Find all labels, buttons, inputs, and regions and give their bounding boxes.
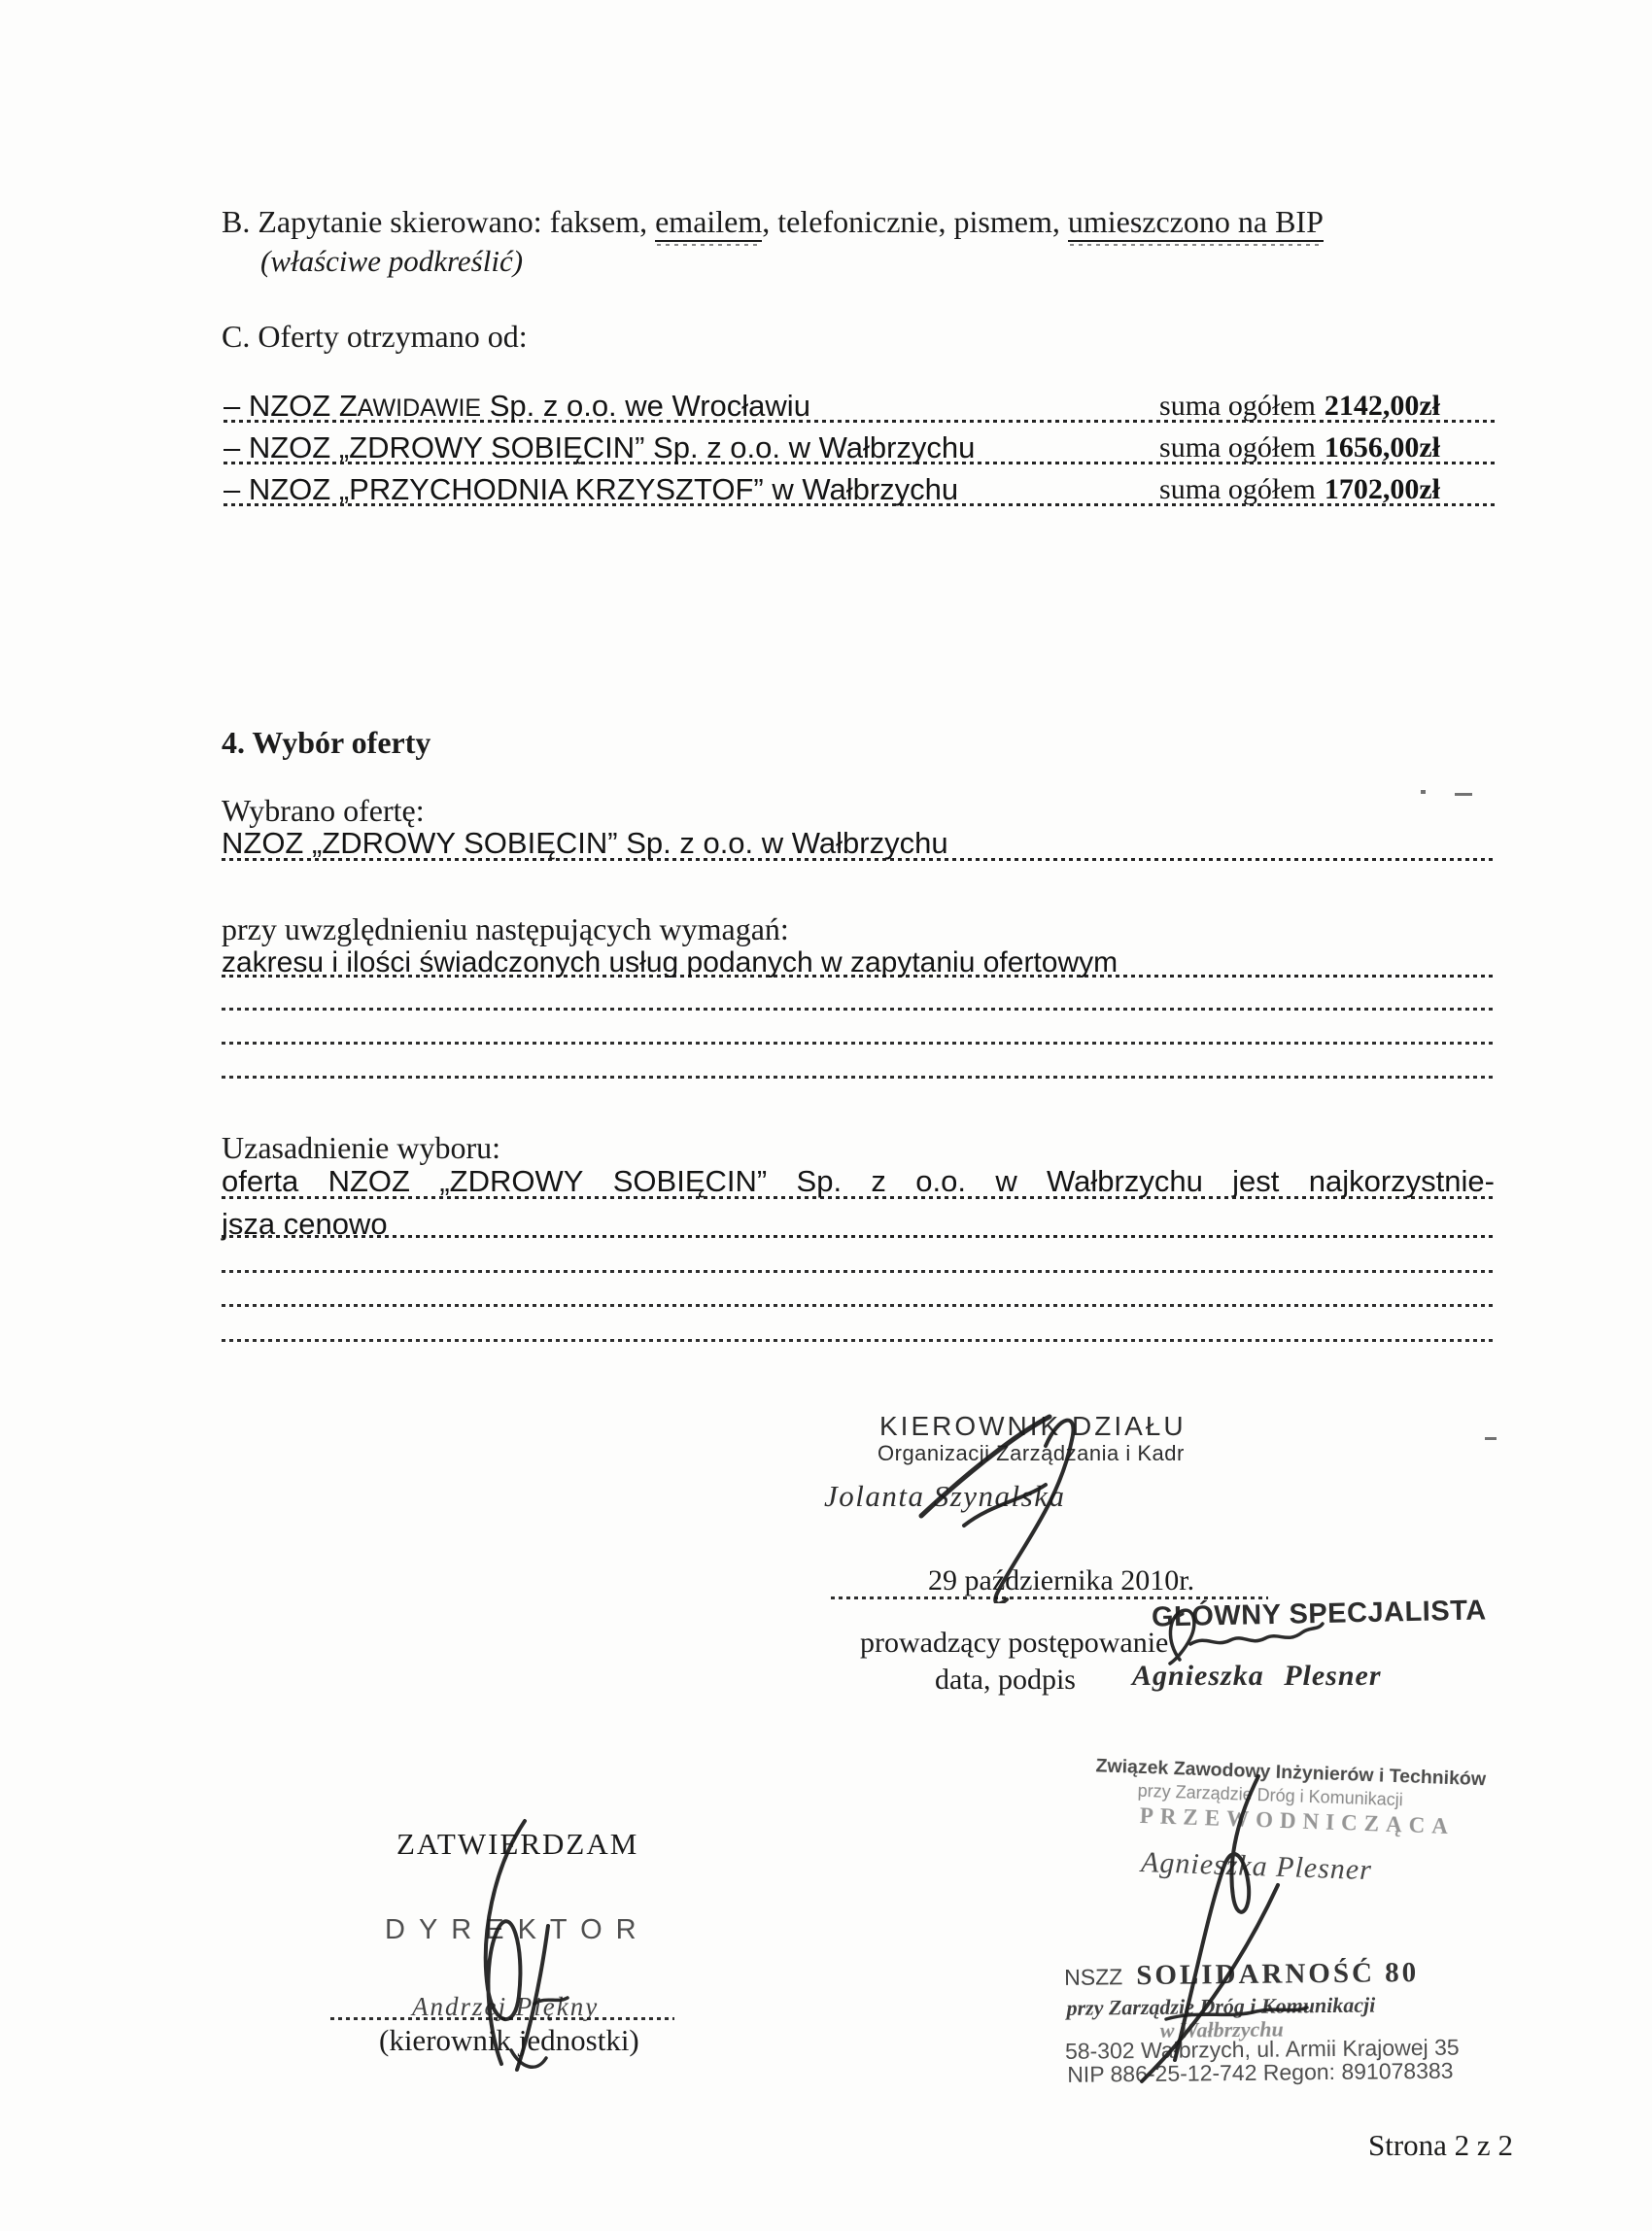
offer-amount: 1702,00zł [1325, 473, 1440, 505]
requirements-label: przy uwzględnieniu następujących wymagań… [222, 911, 789, 947]
approval-dotted-line [330, 2017, 674, 2020]
justification-label: Uzasadnienie wyboru: [222, 1130, 500, 1166]
scan-speck [1485, 1437, 1497, 1440]
chosen-offer-label: Wybrano ofertę: [222, 793, 425, 829]
underlined-bip: umieszczono na BIP [1068, 204, 1324, 242]
scanned-document-page: B. Zapytanie skierowano: faksem, emailem… [0, 0, 1652, 2231]
offer-name: – NZOZ „PRZYCHODNIA KRZYSZTOF” w Wałbrzy… [224, 472, 958, 507]
dotted-line [224, 462, 1495, 464]
requirements-row: zakresu i ilości świadczonych usług poda… [222, 946, 1495, 978]
offer-sum-label: suma ogółem [1159, 431, 1316, 463]
unit-head-caption: (kierownik jednostki) [379, 2023, 639, 2058]
empty-dotted-line [222, 1270, 1495, 1273]
offer-name-rest: Sp. z o.o. we Wrocławiu [481, 389, 810, 423]
chosen-offer-value: NZOZ „ZDROWY SOBIĘCIN” Sp. z o.o. w Wałb… [222, 826, 948, 860]
solidarity-stamp-ids: NIP 886-25-12-742 Regon: 891078383 [1067, 2058, 1454, 2088]
offer-sum: suma ogółem1702,00zł [1159, 473, 1440, 506]
justification-row-1: oferta NZOZ „ZDROWY SOBIĘCIN” Sp. z o.o.… [222, 1164, 1495, 1199]
empty-dotted-line [222, 1042, 1495, 1045]
dotted-line [222, 1235, 1495, 1238]
offer-sum: suma ogółem1656,00zł [1159, 431, 1440, 464]
offer-row: – NZOZ ZAWIDAWIE Sp. z o.o. we Wrocławiu… [224, 389, 1495, 423]
offer-name: – NZOZ „ZDROWY SOBIĘCIN” Sp. z o.o. w Wa… [224, 430, 975, 465]
offer-row: – NZOZ „ZDROWY SOBIĘCIN” Sp. z o.o. w Wa… [224, 430, 1495, 464]
date-signature-caption: data, podpis [935, 1664, 1076, 1697]
offer-name-text: – NZOZ „PRZYCHODNIA KRZYSZTOF” w Wałbrzy… [224, 472, 958, 506]
solidarity-stamp-orgname: SOLIDARNOŚĆ 80 [1136, 1957, 1419, 1991]
section-b-line: B. Zapytanie skierowano: faksem, emailem… [222, 204, 1324, 240]
offer-amount: 1656,00zł [1325, 431, 1440, 463]
empty-dotted-line [222, 1076, 1495, 1079]
offer-name-text: – NZOZ „ZDROWY SOBIĘCIN” Sp. z o.o. w Wa… [224, 430, 975, 464]
empty-dotted-line [222, 1304, 1495, 1307]
dotted-line [222, 1196, 1495, 1199]
dotted-line [222, 858, 1495, 861]
scan-speck [1421, 790, 1426, 794]
scan-speck [1455, 793, 1472, 796]
page-number: Strona 2 z 2 [1368, 2128, 1513, 2163]
section-b-prefix: B. Zapytanie skierowano: faksem, [222, 204, 655, 239]
dotted-line [222, 975, 1495, 978]
offer-name-smallcaps: AWIDAWIE [358, 395, 481, 422]
justification-row-2: jsza cenowo [222, 1207, 1495, 1238]
date-dotted-line [831, 1596, 1268, 1599]
solidarity-stamp-title: NSZZSOLIDARNOŚĆ 80 [1064, 1957, 1419, 1993]
dotted-line [224, 420, 1495, 423]
offer-sum-label: suma ogółem [1159, 390, 1316, 422]
offer-sum: suma ogółem2142,00zł [1159, 390, 1440, 423]
underlined-emailem: emailem [655, 204, 762, 242]
offer-amount: 2142,00zł [1325, 390, 1440, 422]
proceeding-role-line: prowadzący postępowanie [860, 1627, 1168, 1660]
union-stamp: Związek Zawodowy Inżynierów i Techników … [1088, 1755, 1477, 1768]
date-value: 29 października 2010r. [928, 1564, 1194, 1597]
section-c-title: C. Oferty otrzymano od: [222, 319, 528, 355]
offer-name-text: – NZOZ Z [224, 389, 358, 423]
section-b-mid: , telefonicznie, pismem, [762, 204, 1068, 239]
chosen-offer-row: NZOZ „ZDROWY SOBIĘCIN” Sp. z o.o. w Wałb… [222, 826, 1495, 861]
offer-name: – NZOZ ZAWIDAWIE Sp. z o.o. we Wrocławiu [224, 389, 810, 424]
solidarity-stamp-prefix: NSZZ [1064, 1964, 1122, 1990]
offer-row: – NZOZ „PRZYCHODNIA KRZYSZTOF” w Wałbrzy… [224, 472, 1495, 506]
offer-sum-label: suma ogółem [1159, 473, 1316, 505]
empty-dotted-line [222, 1339, 1495, 1342]
justification-text-1: oferta NZOZ „ZDROWY SOBIĘCIN” Sp. z o.o.… [222, 1164, 1495, 1198]
section-4-title: 4. Wybór oferty [222, 725, 430, 761]
dotted-line [224, 503, 1495, 506]
specialist-name-stamp: Agnieszka Plesner [1132, 1660, 1382, 1693]
section-b-note: (właściwe podkreślić) [260, 244, 523, 279]
empty-dotted-line [222, 1008, 1495, 1011]
